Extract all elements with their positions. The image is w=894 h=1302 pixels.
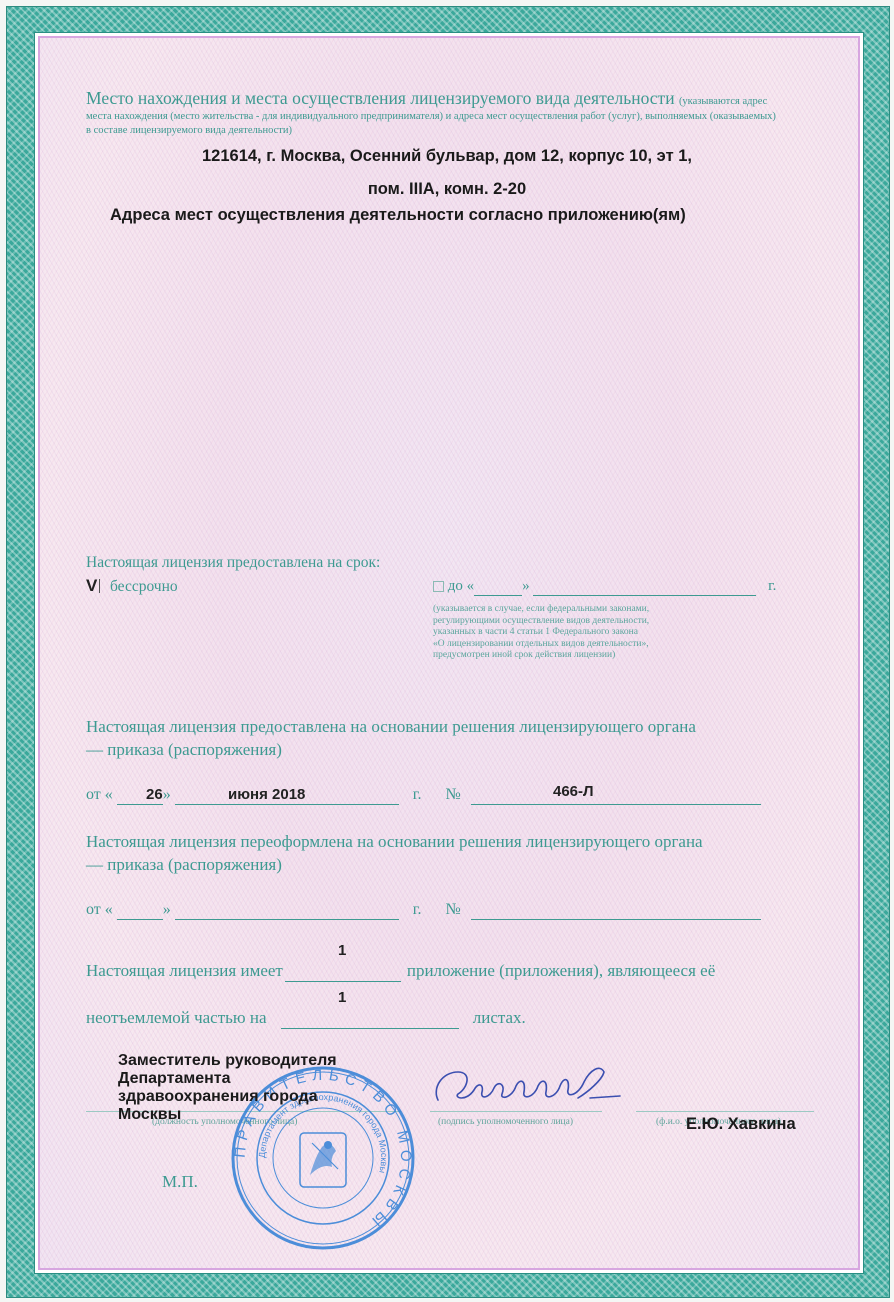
term-note-line: указанных в части 4 статьи 1 Федеральног…	[433, 627, 649, 639]
appendix-line1-suffix: приложение (приложения), являющееся её	[407, 961, 715, 980]
term-note-line: регулирующими осуществление видов деятел…	[433, 616, 649, 628]
granted-from-label: от «	[86, 786, 113, 803]
position-line-text: Москвы	[118, 1106, 337, 1124]
granted-quote-close: »	[163, 786, 171, 803]
granted-text-line2: — приказа (распоряжения)	[86, 739, 282, 760]
appendix-line2-prefix: неотъемлемой частью на	[86, 1008, 267, 1027]
location-title: Место нахождения и места осуществления л…	[86, 88, 675, 108]
term-label: Настоящая лицензия предоставлена на срок…	[86, 552, 380, 573]
handwritten-signature	[428, 1058, 678, 1113]
signatory-position: Заместитель руководителя Департамента зд…	[118, 1052, 337, 1124]
address-line-1: 121614, г. Москва, Осенний бульвар, дом …	[0, 147, 894, 166]
appendix-line2-suffix: листах.	[473, 1008, 526, 1027]
until-prefix: до «	[448, 578, 474, 594]
granted-text-line1: Настоящая лицензия предоставлена на осно…	[86, 716, 816, 737]
reissued-number-field[interactable]	[471, 901, 761, 920]
term-note-line: (указывается в случае, если федеральными…	[433, 604, 649, 616]
position-line-text: здравоохранения города	[118, 1088, 337, 1106]
checkbox-empty-icon[interactable]	[433, 581, 444, 592]
reissued-date-row: от « » г. №	[86, 901, 761, 920]
reissued-number-label: №	[446, 901, 461, 918]
location-note-line2: места нахождения (место жительства - для…	[86, 110, 776, 124]
position-line-text: Департамента	[118, 1070, 337, 1088]
granted-number-label: №	[446, 786, 461, 803]
position-line-text: Заместитель руководителя	[118, 1052, 337, 1070]
appendix-count-value: 1	[338, 942, 346, 959]
signatory-name: Е.Ю. Хавкина	[686, 1115, 796, 1134]
reissued-from-label: от «	[86, 901, 113, 918]
reissued-text-line1: Настоящая лицензия переоформлена на осно…	[86, 831, 816, 852]
appendix-line1-prefix: Настоящая лицензия имеет	[86, 961, 283, 980]
reissued-day-field[interactable]	[117, 901, 163, 920]
term-unlimited-label: бессрочно	[110, 578, 178, 595]
until-month-field[interactable]	[533, 578, 756, 596]
reissued-year-suffix: г.	[413, 901, 422, 918]
address-line-3: Адреса мест осуществления деятельности с…	[110, 206, 686, 225]
term-note-line: «О лицензировании отдельных видов деятел…	[433, 639, 649, 651]
granted-number-value: 466-Л	[553, 783, 594, 800]
term-note-line: предусмотрен иной срок действия лицензии…	[433, 650, 649, 662]
granted-month-value: июня 2018	[228, 786, 305, 803]
location-title-note: (указываются адрес	[679, 96, 767, 107]
reissued-text-line2: — приказа (распоряжения)	[86, 854, 282, 875]
appendix-line2: неотъемлемой частью на листах.	[86, 1007, 526, 1029]
address-line-2: пом. IIIA, комн. 2-20	[0, 180, 894, 199]
until-year-suffix: г.	[768, 578, 776, 594]
granted-date-row: от « » г. №	[86, 786, 761, 805]
reissued-month-field[interactable]	[175, 901, 399, 920]
granted-day-value: 26	[146, 786, 163, 803]
appendix-sheets-field[interactable]	[281, 1007, 459, 1029]
checkbox-checked-icon[interactable]: V	[86, 579, 100, 593]
seal-label: М.П.	[162, 1172, 198, 1192]
term-note: (указывается в случае, если федеральными…	[433, 604, 649, 662]
term-unlimited-option[interactable]: V бессрочно	[86, 578, 178, 596]
appendix-sheets-value: 1	[338, 989, 346, 1006]
reissued-quote-close: »	[163, 901, 171, 918]
appendix-line1: Настоящая лицензия имеет приложение (при…	[86, 960, 816, 982]
granted-number-field[interactable]	[471, 786, 761, 805]
granted-year-suffix: г.	[413, 786, 422, 803]
term-until-option[interactable]: до « » г.	[433, 578, 803, 596]
until-quote-close: »	[522, 578, 530, 594]
location-note-line3: в составе лицензируемого вида деятельнос…	[86, 124, 292, 138]
signature-caption: (подпись уполномоченного лица)	[438, 1117, 573, 1127]
until-day-field[interactable]	[474, 578, 522, 596]
appendix-count-field[interactable]	[285, 960, 401, 982]
location-heading: Место нахождения и места осуществления л…	[86, 88, 826, 112]
